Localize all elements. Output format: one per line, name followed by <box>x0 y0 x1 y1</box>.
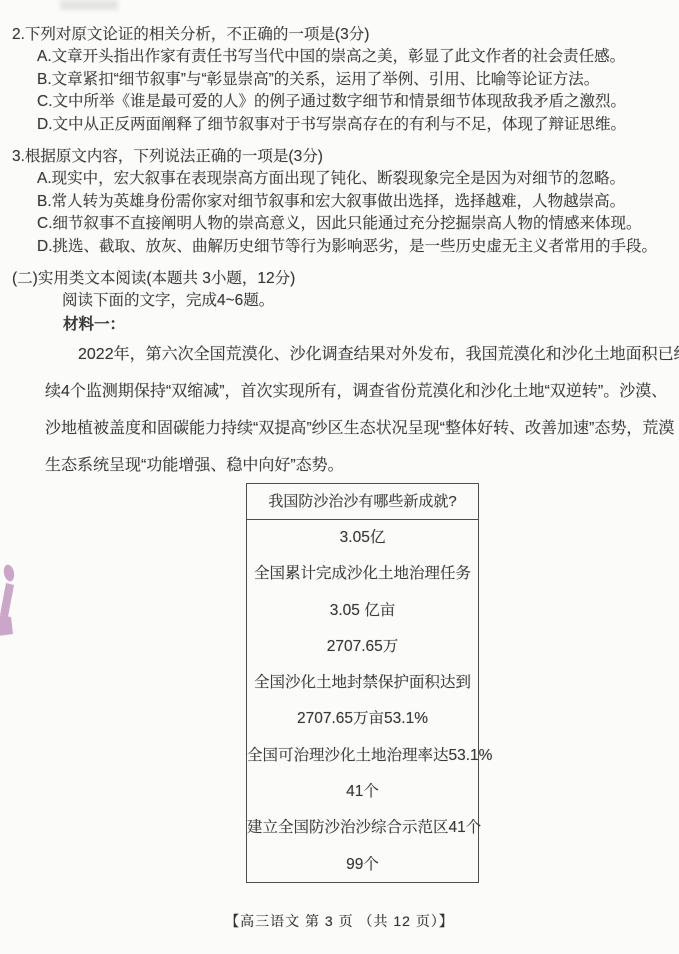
question-2-option-d: D.文中从正反两面阐释了细节叙事对于书写崇高存在的有利与不足，体现了辩证思维。 <box>37 114 667 136</box>
question-3-option-a: A.现实中，宏大叙事在表现崇高方面出现了钝化、断裂现象完全是因为对细节的忽略。 <box>37 168 667 190</box>
exam-page: 2.下列对原文论证的相关分析，不正确的一项是(3分) A.文章开头指出作家有责任… <box>0 0 679 954</box>
scan-artifact <box>60 0 118 10</box>
infobox-row: 全国可治理沙化土地治理率达53.1% <box>247 738 478 774</box>
question-3-option-c: C.细节叙事不直接阐明人物的崇高意义，因此只能通过充分挖掘崇高人物的情感来体现。 <box>37 213 667 235</box>
question-2-option-b: B.文章紧扣“细节叙事”与“彰显崇高”的关系，运用了举例、引用、比喻等论证方法。 <box>37 69 667 91</box>
paragraph-line: 沙地植被盖度和固碳能力持续“双提高”纱区生态状况呈现“整体好转、改善加速”态势，… <box>45 410 660 447</box>
question-3-stem: 3.根据原文内容，下列说法正确的一项是(3分) <box>12 146 667 168</box>
material-one-label: 材料一： <box>63 314 667 336</box>
paragraph-line: 生态系统呈现“功能增强、稳中向好”态势。 <box>45 447 660 484</box>
page-content: 2.下列对原文论证的相关分析，不正确的一项是(3分) A.文章开头指出作家有责任… <box>12 24 667 484</box>
question-2-option-a: A.文章开头指出作家有责任书写当代中国的崇高之美，彰显了此文作者的社会责任感。 <box>37 46 667 68</box>
section-instruction: 阅读下面的文字，完成4~6题。 <box>62 290 667 312</box>
infobox-row: 2707.65万 <box>247 629 478 665</box>
infobox-row: 3.05亿 <box>247 520 478 556</box>
infobox-row: 全国沙化土地封禁保护面积达到 <box>247 665 478 701</box>
question-3-option-b: B.常人转为英雄身份需你家对细节叙事和宏大叙事做出选择，选择越难，人物越崇高。 <box>37 191 667 213</box>
watermark-icon <box>0 563 20 643</box>
infobox-row: 2707.65万亩53.1% <box>247 701 478 737</box>
question-3-option-d: D.挑选、截取、放灰、曲解历史细节等行为影响恶劣，是一些历史虚无主义者常用的手段… <box>37 236 667 258</box>
infobox-row: 全国累计完成沙化土地治理任务 <box>247 556 478 592</box>
paragraph-line: 2022年，第六次全国荒漠化、沙化调查结果对外发布，我国荒漠化和沙化土地面积已经… <box>78 336 660 373</box>
infobox-row: 41个 <box>247 774 478 810</box>
page-footer: 【高三语文 第 3 页 （共 12 页）】 <box>0 911 679 931</box>
section-heading: (二)实用类文本阅读(本题共 3小题，12分) <box>12 268 667 290</box>
infobox-row: 99个 <box>247 847 478 883</box>
question-3: 3.根据原文内容，下列说法正确的一项是(3分) A.现实中，宏大叙事在表现崇高方… <box>12 146 667 258</box>
question-2-option-c: C.文中所举《谁是最可爱的人》的例子通过数字细节和情景细节体现敌我矛盾之激烈。 <box>37 91 667 113</box>
paragraph-line: 续4个监测期保持“双缩减”，首次实现所有，调查省份荒漠化和沙化土地“双逆转”。沙… <box>45 373 660 410</box>
material-one-paragraph: 2022年，第六次全国荒漠化、沙化调查结果对外发布，我国荒漠化和沙化土地面积已经… <box>45 336 660 484</box>
infobox-row: 3.05 亿亩 <box>247 593 478 629</box>
achievements-infobox: 我国防沙治沙有哪些新成就? 3.05亿 全国累计完成沙化土地治理任务 3.05 … <box>246 483 479 883</box>
infobox-row: 建立全国防沙治沙综合示范区41个 <box>247 810 478 846</box>
question-2: 2.下列对原文论证的相关分析，不正确的一项是(3分) A.文章开头指出作家有责任… <box>12 24 667 136</box>
question-2-stem: 2.下列对原文论证的相关分析，不正确的一项是(3分) <box>12 24 667 46</box>
infobox-title: 我国防沙治沙有哪些新成就? <box>247 484 478 520</box>
